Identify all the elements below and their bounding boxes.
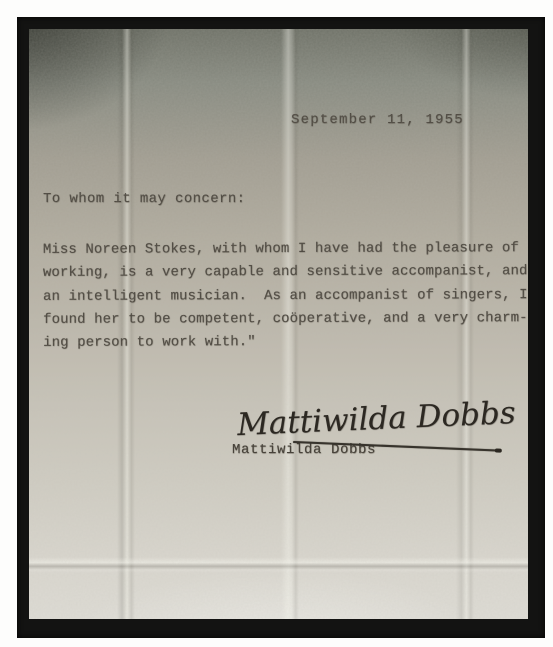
letter-salutation: To whom it may concern: — [43, 191, 245, 207]
photo-mat: September 11, 1955 To whom it may concer… — [0, 0, 553, 647]
letter-paper: September 11, 1955 To whom it may concer… — [29, 29, 528, 619]
horizontal-fold-crease — [29, 557, 528, 573]
letter-body-line: working, is a very capable and sensitive… — [43, 260, 528, 285]
handwritten-signature: Mattiwilda Dobbs — [236, 395, 516, 443]
letter-body: Miss Noreen Stokes, with whom I have had… — [43, 237, 528, 355]
letter-date: September 11, 1955 — [291, 112, 464, 128]
letter-body-line: an intelligent musician. As an accompani… — [43, 284, 528, 309]
letter-body-line: Miss Noreen Stokes, with whom I have had… — [43, 237, 528, 262]
photo-frame: September 11, 1955 To whom it may concer… — [17, 17, 545, 638]
letter-body-line: found her to be competent, coöperative, … — [43, 307, 528, 332]
letter-body-line: ing person to work with." — [43, 330, 528, 355]
